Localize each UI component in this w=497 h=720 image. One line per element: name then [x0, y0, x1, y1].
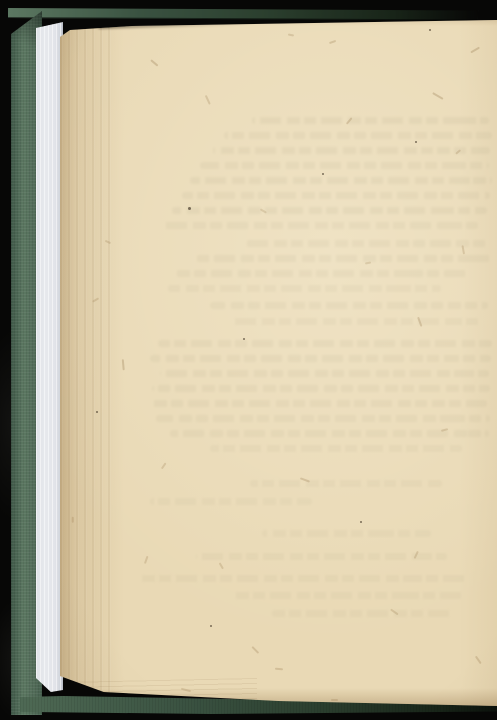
ghost-text-line	[150, 498, 312, 505]
ghost-text-line	[213, 147, 490, 154]
ghost-text-line	[246, 240, 489, 247]
paper-fiber	[72, 517, 74, 523]
ghost-text-line	[224, 132, 492, 139]
ghost-text-line	[160, 370, 489, 377]
ghost-text-line	[176, 270, 470, 277]
ghost-text-line	[250, 480, 442, 487]
paper-speck	[415, 141, 417, 143]
paper-speck	[243, 338, 245, 340]
ghost-text-line	[210, 302, 488, 309]
ghost-text-line	[262, 530, 431, 537]
ghost-text-line	[168, 285, 441, 292]
ghost-text-line	[158, 340, 492, 347]
paper-speck	[322, 173, 324, 175]
ghost-text-line	[196, 255, 492, 262]
book-scan	[0, 0, 497, 720]
ghost-text-line	[172, 207, 487, 214]
ghost-text-line	[200, 162, 489, 169]
gutter-shadow	[60, 17, 114, 706]
paper-speck	[210, 625, 212, 627]
paper-speck	[96, 411, 98, 413]
ghost-text-line	[161, 222, 478, 229]
ghost-text-line	[190, 177, 492, 184]
book-cover-top-edge	[8, 8, 478, 20]
ghost-text-line	[141, 575, 469, 582]
paper-speck	[360, 521, 362, 523]
ghost-text-line	[150, 355, 491, 362]
ghost-text-line	[152, 385, 490, 392]
ghost-text-line	[232, 592, 463, 599]
ghost-text-line	[210, 445, 462, 452]
paper-fiber	[331, 699, 338, 701]
ghost-text-line	[156, 415, 490, 422]
paper-speck	[429, 29, 431, 31]
ghost-text-line	[272, 610, 452, 617]
page-fold-shadow	[98, 21, 248, 29]
paper-speck	[188, 207, 191, 210]
ghost-text-line	[148, 400, 487, 407]
page-edge-stack	[36, 20, 63, 692]
ghost-text-line	[196, 553, 447, 560]
ghost-text-line	[231, 318, 479, 325]
ghost-text-line	[182, 192, 490, 199]
ghost-text-line	[252, 117, 489, 124]
